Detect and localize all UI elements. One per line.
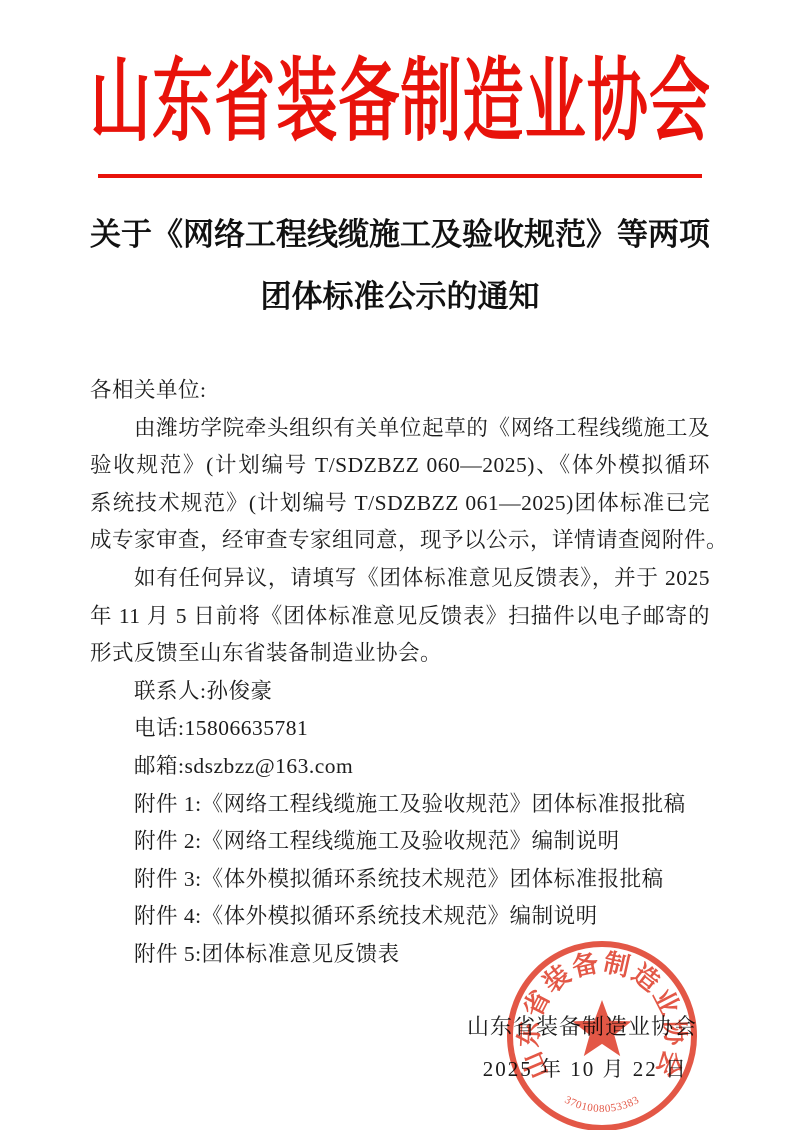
- body-line: 系统技术规范》(计划编号 T/SDZBZZ 061—2025)团体标准已完: [90, 485, 710, 523]
- body-line: 年 11 月 5 日前将《团体标准意见反馈表》扫描件以电子邮寄的: [90, 598, 710, 636]
- body-line-attachment-1: 附件 1:《网络工程线缆施工及验收规范》团体标准报批稿: [90, 786, 710, 824]
- seal-serial-number: 3701008053383: [563, 1094, 642, 1115]
- body-line-attachment-3: 附件 3:《体外模拟循环系统技术规范》团体标准报批稿: [90, 861, 710, 899]
- body-line: 成专家审查，经审查专家组同意，现予以公示，详情请查阅附件。: [90, 522, 710, 560]
- notice-title-line2: 团体标准公示的通知: [0, 266, 800, 328]
- body-line-email: 邮箱:sdszbzz@163.com: [90, 748, 710, 786]
- document-page: 山东省装备制造业协会 关于《网络工程线缆施工及验收规范》等两项 团体标准公示的通…: [0, 0, 800, 1130]
- body-line-contact-person: 联系人:孙俊豪: [90, 673, 710, 711]
- org-letterhead-title: 山东省装备制造业协会: [90, 58, 710, 150]
- body-line: 验收规范》(计划编号 T/SDZBZZ 060—2025)、《体外模拟循环: [90, 447, 710, 485]
- notice-body: 各相关单位: 由潍坊学院牵头组织有关单位起草的《网络工程线缆施工及 验收规范》(…: [90, 372, 710, 974]
- body-line-salutation: 各相关单位:: [90, 372, 710, 410]
- red-divider-line: [98, 174, 702, 178]
- body-line-attachment-5: 附件 5:团体标准意见反馈表: [90, 936, 710, 974]
- body-line: 由潍坊学院牵头组织有关单位起草的《网络工程线缆施工及: [90, 410, 710, 448]
- signature-date: 2025 年 10 月 22 日: [483, 1053, 688, 1083]
- body-line: 如有任何异议，请填写《团体标准意见反馈表》，并于 2025: [90, 560, 710, 598]
- body-line: 形式反馈至山东省装备制造业协会。: [90, 635, 710, 673]
- body-line-attachment-4: 附件 4:《体外模拟循环系统技术规范》编制说明: [90, 898, 710, 936]
- notice-title: 关于《网络工程线缆施工及验收规范》等两项 团体标准公示的通知: [0, 204, 800, 328]
- svg-text:3701008053383: 3701008053383: [563, 1094, 642, 1115]
- notice-title-line1: 关于《网络工程线缆施工及验收规范》等两项: [0, 204, 800, 266]
- signature-org: 山东省装备制造业协会: [467, 1010, 697, 1041]
- body-line-phone: 电话:15806635781: [90, 710, 710, 748]
- body-line-attachment-2: 附件 2:《网络工程线缆施工及验收规范》编制说明: [90, 823, 710, 861]
